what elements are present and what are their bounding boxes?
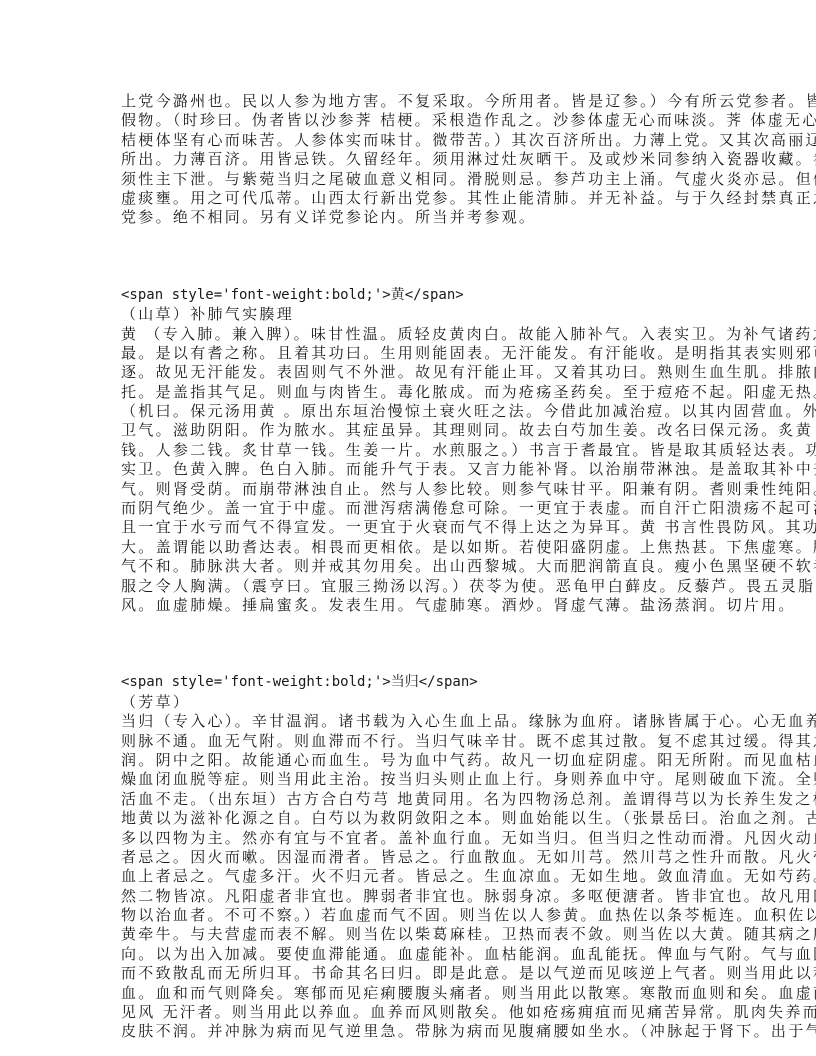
text-line: 虚痰壅。用之可代瓜蒂。山西太行新出党参。其性止能清肺。并无补益。与于久经封禁真正…: [121, 189, 711, 208]
paragraph-dangshen-tail: 上党今潞州也。民以人参为地方害。不复采取。今所用者。皆是辽参。）今有所云党参者。…: [121, 92, 711, 228]
text-line: 然二物皆凉。凡阳虚者非宜也。脾弱者非宜也。脉弱身凉。多呕便溏者。皆非宜也。故凡用…: [121, 887, 711, 906]
text-line: 服之令人胸满。（震亨曰。宜服三拗汤以泻。）茯苓为使。恶龟甲白藓皮。反藜芦。畏五灵…: [121, 577, 711, 596]
text-line: 气。则肾受荫。而崩带淋浊自止。然与人参比较。则参气味甘平。阳兼有阴。耆则秉性纯阳…: [121, 480, 711, 499]
section-spacer: [121, 615, 711, 673]
text-line: 则脉不通。血无气附。则血滞而不行。当归气味辛甘。既不虑其过散。复不虑其过缓。得其…: [121, 732, 711, 751]
text-line: （机曰。保元汤用黄 。原出东垣治慢惊土衰火旺之法。今借此加减治痘。以其内固营血。…: [121, 402, 711, 421]
text-line: 托。是盖指其气足。则血与肉皆生。毒化脓成。而为疮疡圣药矣。至于痘疮不起。阳虚无热…: [121, 383, 711, 402]
text-line: 大。盖谓能以助耆达表。相畏而更相依。是以如斯。若使阳盛阴虚。上焦热甚。下焦虚寒。…: [121, 538, 711, 557]
section-heading-raw: <span style='font-weight:bold;'>当归</span…: [121, 673, 711, 692]
text-line: 者忌之。因火而嗽。因湿而滑者。皆忌之。行血散血。无如川芎。然川芎之性升而散。凡火…: [121, 848, 711, 867]
text-line: 须性主下泄。与紫菀当归之尾破血意义相同。滑脱则忌。参芦功主上涌。气虚火炎亦忌。但…: [121, 170, 711, 189]
section-huangqi: <span style='font-weight:bold;'>黄</span>…: [121, 286, 711, 616]
text-line: 逐。故见无汗能发。表固则气不外泄。故见有汗能止耳。又着其功曰。熟则生血生肌。排脓…: [121, 363, 711, 382]
text-line: 燥血闭血脱等症。则当用此主治。按当归头则止血上行。身则养血中守。尾则破血下流。全…: [121, 770, 711, 789]
text-line: 所出。力薄百济。用皆忌铁。久留经年。须用淋过灶灰晒干。及或炒米同参纳入瓷器收藏。…: [121, 150, 711, 169]
section-subtitle: （芳草）: [121, 693, 711, 712]
text-line: 实卫。色黄入脾。色白入肺。而能升气于表。又言力能补肾。以治崩带淋浊。是盖取其补中…: [121, 460, 711, 479]
text-line: 皮肤不润。并冲脉为病而见气逆里急。带脉为病而见腹痛腰如坐水。（冲脉起于肾下。出于…: [121, 1022, 711, 1041]
text-line: 最。是以有耆之称。且着其功曰。生用则能固表。无汗能发。有汗能收。是明指其表实则邪…: [121, 344, 711, 363]
text-line: 见风 无汗者。则当用此以养血。血养而风则散矣。他如疮疡痈疽而见痛苦异常。肌肉失养…: [121, 1003, 711, 1022]
section-danggui: <span style='font-weight:bold;'>当归</span…: [121, 673, 711, 1041]
text-line: 风。血虚肺燥。捶扁蜜炙。发表生用。气虚肺寒。酒炒。肾虚气薄。盐汤蒸润。切片用。: [121, 596, 711, 615]
text-line: 当归（专入心）。辛甘温润。诸书载为入心生血上品。缘脉为血府。诸脉皆属于心。心无血…: [121, 712, 711, 731]
text-line: 上党今潞州也。民以人参为地方害。不复采取。今所用者。皆是辽参。）今有所云党参者。…: [121, 92, 711, 111]
text-line: 而阴气绝少。盖一宜于中虚。而泄泻痞满倦怠可除。一更宜于表虚。而自汗亡阳溃疡不起可…: [121, 499, 711, 518]
text-line: 党参。绝不相同。另有义详党参论内。所当并考参观。: [121, 208, 711, 227]
text-line: 黄 （专入肺。兼入脾）。味甘性温。质轻皮黄肉白。故能入肺补气。入表实卫。为补气诸…: [121, 325, 711, 344]
text-line: 血上者忌之。气虚多汗。火不归元者。皆忌之。生血凉血。无如生地。敛血清血。无如芍药…: [121, 867, 711, 886]
text-line: 且一宜于水亏而气不得宣发。一更宜于火衰而气不得上达之为异耳。黄 书言性畏防风。其…: [121, 518, 711, 537]
text-line: 润。阴中之阳。故能通心而血生。号为血中气药。故凡一切血症阴虚。阳无所附。而见血枯…: [121, 751, 711, 770]
text-line: 地黄以为滋补化源之自。白芍以为救阴敛阳之本。则血始能以生。（张景岳曰。治血之剂。…: [121, 809, 711, 828]
text-line: 桔梗体坚有心而味苦。人参体实而味甘。微带苦。）其次百济所出。力薄上党。又其次高丽…: [121, 131, 711, 150]
text-line: 而不致散乱而无所归耳。书命其名曰归。即是此意。是以气逆而见咳逆上气者。则当用此以…: [121, 964, 711, 983]
text-line: 多以四物为主。然亦有宜与不宜者。盖补血行血。无如当归。但当归之性动而滑。凡因火动…: [121, 829, 711, 848]
text-line: 活血不走。（出东垣）古方合白芍芎 地黄同用。名为四物汤总剂。盖谓得芎以为长养生发…: [121, 790, 711, 809]
section-spacer: [121, 228, 711, 286]
section-subtitle: （山草）补肺气实腠理: [121, 305, 711, 324]
text-line: 卫气。滋助阴阳。作为脓水。其症虽异。其理则同。故去白芍加生姜。改名曰保元汤。炙黄…: [121, 421, 711, 440]
text-line: 血。血和而气则降矣。寒郁而见疟痢腰腹头痛者。则当用此以散寒。寒散而血则和矣。血虚…: [121, 984, 711, 1003]
text-line: 物以治血者。不可不察。）若血虚而气不固。则当佐以人参黄。血热佐以条芩栀连。血积佐…: [121, 906, 711, 925]
text-line: 气不和。肺脉洪大者。则并戒其勿用矣。出山西黎城。大而肥润箭直良。瘦小色黑坚硬不软…: [121, 557, 711, 576]
text-line: 假物。（时珍曰。伪者皆以沙参荠 桔梗。采根造作乱之。沙参体虚无心而味淡。荠 体虚…: [121, 111, 711, 130]
section-heading-raw: <span style='font-weight:bold;'>黄</span>: [121, 286, 711, 305]
text-line: 向。以为出入加减。要使血滞能通。血虚能补。血枯能润。血乱能抚。俾血与气附。气与血…: [121, 945, 711, 964]
text-line: 钱。人参二钱。炙甘草一钱。生姜一片。水煎服之。）书言于耆最宜。皆是取其质轻达表。…: [121, 441, 711, 460]
document-page: 上党今潞州也。民以人参为地方害。不复采取。今所用者。皆是辽参。）今有所云党参者。…: [121, 92, 711, 1042]
text-line: 黄牵牛。与夫营虚而表不解。则当佐以柴葛麻桂。卫热而表不敛。则当佐以大黄。随其病之…: [121, 925, 711, 944]
